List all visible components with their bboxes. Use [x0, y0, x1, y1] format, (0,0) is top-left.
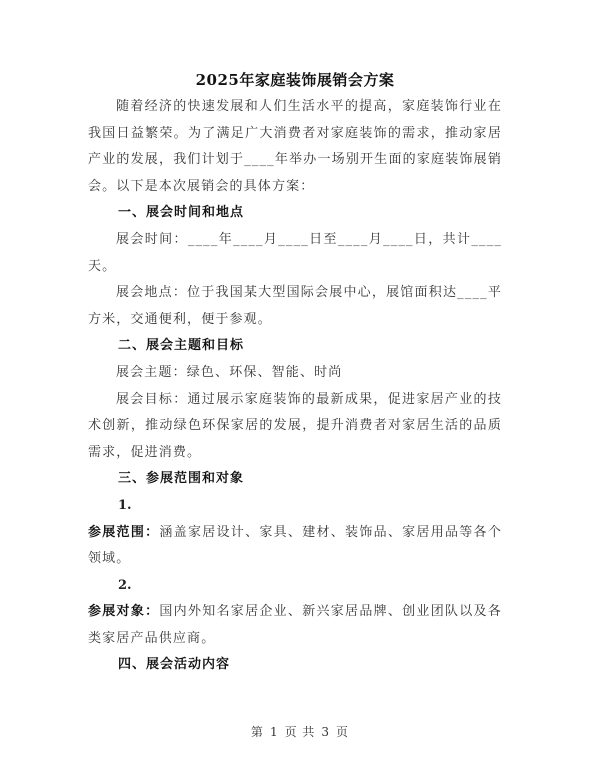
- total-pages-number: 3: [321, 725, 330, 739]
- current-page-number: 1: [270, 725, 279, 739]
- section-heading-activities: 四、展会活动内容: [88, 652, 502, 679]
- list-item-participants: 参展对象：国内外知名家居企业、新兴家居品牌、创业团队以及各类家居产品供应商。: [88, 599, 502, 652]
- exhibition-goals: 展会目标：通过展示家庭装饰的最新成果，促进家居产业的技术创新，推动绿色环保家居的…: [88, 387, 502, 467]
- section-heading-time-location: 一、展会时间和地点: [88, 200, 502, 227]
- section-heading-theme-goals: 二、展会主题和目标: [88, 333, 502, 360]
- exhibition-time: 展会时间：____年____月____日至____月____日，共计____天。: [88, 227, 502, 280]
- section-heading-scope-participants: 三、参展范围和对象: [88, 466, 502, 493]
- participants-label: 参展对象：: [88, 604, 159, 619]
- exhibition-theme: 展会主题：绿色、环保、智能、时尚: [88, 360, 502, 387]
- list-number-1: 1.: [88, 493, 502, 520]
- footer-mid: 页 共: [285, 725, 316, 739]
- exhibition-location: 展会地点：位于我国某大型国际会展中心，展馆面积达____平方米，交通便利，便于参…: [88, 280, 502, 333]
- footer-suffix: 页: [336, 725, 349, 739]
- intro-paragraph: 随着经济的快速发展和人们生活水平的提高，家庭装饰行业在我国日益繁荣。为了满足广大…: [88, 94, 502, 200]
- list-number-2: 2.: [88, 573, 502, 600]
- document-page: 2025年家庭装饰展销会方案 随着经济的快速发展和人们生活水平的提高，家庭装饰行…: [88, 0, 502, 776]
- footer-prefix: 第: [251, 725, 264, 739]
- document-title: 2025年家庭装饰展销会方案: [88, 70, 502, 90]
- document-body: 随着经济的快速发展和人们生活水平的提高，家庭装饰行业在我国日益繁荣。为了满足广大…: [88, 94, 502, 679]
- list-item-scope: 参展范围：涵盖家居设计、家具、建材、装饰品、家居用品等各个领域。: [88, 520, 502, 573]
- page-footer: 第1页 共3页: [0, 723, 600, 740]
- scope-label: 参展范围：: [88, 525, 159, 540]
